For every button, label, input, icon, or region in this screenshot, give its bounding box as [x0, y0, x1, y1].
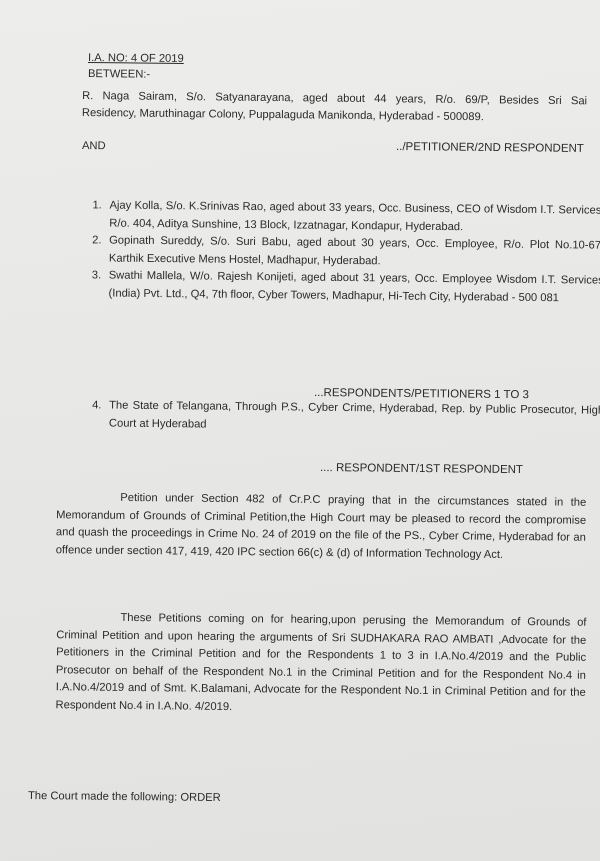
respondent-item: Swathi Mallela, W/o. Rajesh Konijeti, ag…: [108, 267, 600, 307]
hearing-paragraph: These Petitions coming on for hearing,up…: [55, 609, 586, 720]
respondents-list: Ajay Kolla, S/o. K.Srinivas Rao, aged ab…: [91, 197, 600, 307]
respondent-4-list: The State of Telangana, Through P.S., Cy…: [92, 397, 600, 437]
respondent-4-role: .... RESPONDENT/1ST RESPONDENT: [320, 460, 523, 479]
order-heading: The Court made the following: ORDER: [28, 788, 221, 807]
petitioner-details: R. Naga Sairam, S/o. Satyanarayana, aged…: [82, 88, 587, 127]
hearing-text: These Petitions coming on for hearing,up…: [55, 612, 586, 713]
scanned-document-page: I.A. NO: 4 OF 2019 BETWEEN:- R. Naga Sai…: [0, 0, 600, 861]
and-label: AND: [82, 138, 106, 155]
petition-text: Petition under Section 482 of Cr.P.C pra…: [56, 492, 587, 561]
petition-paragraph: Petition under Section 482 of Cr.P.C pra…: [56, 489, 587, 565]
between-label: BETWEEN:-: [88, 66, 150, 84]
respondent-item: Ajay Kolla, S/o. K.Srinivas Rao, aged ab…: [109, 198, 600, 238]
petitioner-role: ../PETITIONER/2ND RESPONDENT: [396, 139, 584, 158]
respondent-item: Gopinath Sureddy, S/o. Suri Babu, aged a…: [109, 232, 600, 272]
respondent-item: The State of Telangana, Through P.S., Cy…: [109, 397, 600, 437]
